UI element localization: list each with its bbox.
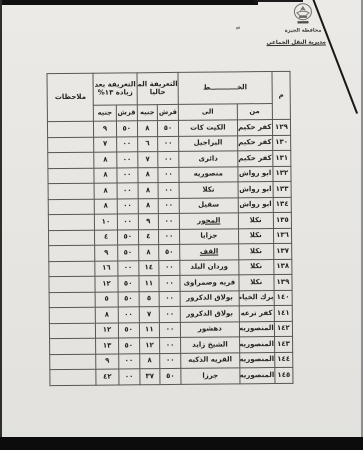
cell-serial: ١٤٢ <box>274 321 292 337</box>
cell-to: دائرى <box>179 151 238 167</box>
cell-serial: ١٣٤ <box>273 197 291 213</box>
cell-serial: ١٤١ <box>274 306 292 322</box>
col-header-to: الى <box>178 104 237 121</box>
cell-notes <box>48 152 95 168</box>
cell-to: نكلا <box>179 182 238 198</box>
cell-from: نكلا <box>238 259 273 275</box>
cell-current-piasters: ٠٠ <box>158 136 179 152</box>
cell-new-pounds: ٧ <box>94 137 116 153</box>
cell-notes <box>48 168 95 184</box>
cell-new-piasters: ٠٠ <box>117 260 138 276</box>
cell-current-pounds: ٨ <box>138 245 158 261</box>
cell-current-piasters: ٠٠ <box>158 198 179 214</box>
cell-current-pounds: ٨ <box>137 121 157 137</box>
cell-new-piasters: ٠٠ <box>118 307 139 323</box>
directorate-caption: مديرية النقل الجماعى <box>265 39 327 46</box>
cell-new-pounds: ٩ <box>94 121 116 137</box>
cell-from: ابو رواش <box>237 166 272 182</box>
cell-from: كفر ترعه <box>239 306 274 322</box>
cell-current-piasters: ٠٠ <box>158 229 179 245</box>
cell-serial: ١٤٠ <box>274 290 292 306</box>
cell-from: برك الخيام <box>239 290 274 306</box>
cell-new-piasters: ٥٠ <box>118 291 139 307</box>
cell-serial: ١٣٠ <box>272 135 290 151</box>
col-header-new-piasters: قرش <box>116 105 137 121</box>
col-header-from: من <box>237 104 272 120</box>
cell-serial: ١٣٣ <box>273 181 291 197</box>
cell-to: منصوريه <box>179 166 238 182</box>
cell-serial: ١٣٩ <box>274 274 292 290</box>
cell-from: كفر حكيم <box>237 151 272 167</box>
cell-serial: ١٣٦ <box>273 228 291 244</box>
cell-notes <box>48 183 95 199</box>
current-tariff-line2: حاليا <box>137 88 177 96</box>
cell-current-piasters: ٠٠ <box>158 214 179 230</box>
cell-from: نكلا <box>238 244 273 260</box>
cell-new-pounds: ٥ <box>96 292 118 308</box>
cell-current-pounds: ٨ <box>138 198 158 214</box>
cell-new-piasters: ٠٠ <box>117 198 138 214</box>
cell-current-pounds: ٧ <box>139 307 159 323</box>
cell-new-pounds: ١٢ <box>95 276 117 292</box>
cell-notes <box>49 307 96 323</box>
cell-notes <box>50 354 97 370</box>
cell-notes <box>47 121 94 137</box>
cell-notes <box>48 199 95 215</box>
page-content: محافظة الجيزة مديرية النقل الجماعى م الخ… <box>0 0 363 450</box>
cell-notes <box>49 276 96 292</box>
col-header-new-pounds: جنيه <box>94 105 116 121</box>
cell-from: نكلا <box>239 275 274 291</box>
cell-new-pounds: ٤٢ <box>96 369 118 385</box>
cell-new-piasters: ٠٠ <box>117 167 138 183</box>
cell-current-pounds: ٩ <box>138 214 158 230</box>
cell-current-pounds: ٥ <box>139 291 159 307</box>
cell-current-piasters: ٠٠ <box>159 322 180 338</box>
cell-current-piasters: ٠٠ <box>159 307 180 323</box>
cell-to: جزايا <box>180 228 239 244</box>
cell-from: المنصوريه <box>239 321 274 337</box>
cell-notes <box>49 292 96 308</box>
cell-current-pounds: ٤ <box>138 229 158 245</box>
cell-new-pounds: ٨ <box>96 307 118 323</box>
col-header-line: الخـــــــــــط <box>178 72 272 105</box>
cell-current-piasters: ٠٠ <box>159 291 180 307</box>
tariff-table: م الخـــــــــــط التعريفة المقرره حاليا… <box>46 71 293 386</box>
cell-new-piasters: ٥٠ <box>118 276 139 292</box>
cell-serial: ١٣٥ <box>273 212 291 228</box>
cell-new-piasters: ٠٠ <box>117 214 138 230</box>
cell-to: وردان البلد <box>180 259 239 275</box>
letterhead: محافظة الجيزة مديرية النقل الجماعى <box>279 2 327 45</box>
cell-current-pounds: ٦ <box>137 136 157 152</box>
cell-serial: ١٢٩ <box>272 119 290 135</box>
scanned-page: محافظة الجيزة مديرية النقل الجماعى م الخ… <box>0 0 363 450</box>
cell-from: ابو رواش <box>238 197 273 213</box>
cell-notes <box>50 369 97 385</box>
cell-current-pounds: ٨ <box>139 353 159 369</box>
cell-new-piasters: ٥٠ <box>118 323 139 339</box>
scan-artifact-top-edge <box>0 0 258 5</box>
cell-new-piasters: ٠٠ <box>116 152 137 168</box>
cell-from: كفر حكيم <box>237 120 272 136</box>
cell-to: قريه وصمراوى <box>180 275 239 291</box>
cell-notes <box>48 214 95 230</box>
cell-from: المنصوريه <box>239 337 274 353</box>
cell-from: ابو رواش <box>238 182 273 198</box>
cell-to: المحور <box>179 213 238 229</box>
scan-artifact-top-edge-thin <box>255 0 303 2</box>
cell-to: بولاق الدكرور <box>180 291 239 307</box>
col-header-current-tariff: التعريفة المقرره حاليا <box>137 72 179 104</box>
cell-to: الكيت كات <box>179 120 238 136</box>
cell-current-piasters: ٠٠ <box>159 338 180 354</box>
cell-current-pounds: ٨ <box>138 167 158 183</box>
cell-to: بولاق الدكرور <box>180 306 239 322</box>
cell-current-pounds: ٨ <box>138 183 158 199</box>
cell-serial: ١٣١ <box>273 150 291 166</box>
cell-new-piasters: ٠٠ <box>118 354 139 370</box>
cell-notes <box>49 245 96 261</box>
cell-notes <box>49 261 96 277</box>
cell-current-pounds: ١٤ <box>139 260 159 276</box>
cell-new-piasters: ٥٠ <box>118 338 139 354</box>
cell-new-pounds: ٩ <box>95 245 117 261</box>
col-header-current-piasters: قرش <box>157 104 178 120</box>
cell-new-piasters: ٥٠ <box>117 245 138 261</box>
cell-current-pounds: ١١ <box>139 322 159 338</box>
cell-current-pounds: ١١ <box>139 276 159 292</box>
cell-new-pounds: ٤ <box>95 230 117 246</box>
cell-notes <box>48 230 95 246</box>
cell-serial: ١٣٨ <box>274 259 292 275</box>
cell-new-pounds: ١٠ <box>95 214 117 230</box>
cell-current-piasters: ٠٠ <box>158 182 179 198</box>
cell-new-piasters: ٥٠ <box>117 229 138 245</box>
cell-serial: ١٤٥ <box>275 368 293 384</box>
cell-new-pounds: ٨ <box>94 152 116 168</box>
cell-to: القريه الذكيه <box>181 353 240 369</box>
cell-current-piasters: ٠٠ <box>158 167 179 183</box>
cell-new-pounds: ٩ <box>96 354 118 370</box>
cell-current-pounds: ٣٧ <box>140 369 160 385</box>
governorate-caption: محافظة الجيزة <box>279 27 327 33</box>
cell-from: كفر حكيم <box>237 135 272 151</box>
cell-new-piasters: ٠٠ <box>116 136 137 152</box>
cell-new-pounds: ١٢ <box>96 323 118 339</box>
cell-current-piasters: ٠٠ <box>160 353 181 369</box>
scan-artifact-left-edge <box>0 0 2 450</box>
col-header-new-tariff: التعريفة بعد زيادة ١٣% <box>93 73 137 105</box>
cell-current-piasters: ٠٠ <box>159 276 180 292</box>
cell-new-piasters: ٥٠ <box>116 121 137 137</box>
cell-from: نكلا <box>238 213 273 229</box>
cell-current-piasters: ٥٠ <box>159 245 180 261</box>
cell-to: البراجيل <box>179 135 238 151</box>
col-header-serial: م <box>272 71 291 119</box>
cell-current-piasters: ٥٠ <box>160 369 181 385</box>
cell-to: الشيخ زايد <box>181 337 240 353</box>
cell-to: جرزا <box>181 368 240 384</box>
new-tariff-line2: زيادة ١٣% <box>94 89 136 97</box>
cell-new-pounds: ١٦ <box>95 261 117 277</box>
cell-serial: ١٣٧ <box>273 243 291 259</box>
cell-new-piasters: ٠٠ <box>118 369 139 385</box>
cell-current-piasters: ٠٠ <box>159 260 180 276</box>
cell-notes <box>48 137 95 153</box>
cell-serial: ١٤٣ <box>274 337 292 353</box>
cell-serial: ١٣٢ <box>273 166 291 182</box>
table-row: ١٤٥ المنصوريه جرزا ٥٠ ٣٧ ٠٠ ٤٢ <box>50 368 293 386</box>
cell-from: نكلا <box>238 228 273 244</box>
cell-from: المنصوريه <box>239 368 274 384</box>
cell-to: القف <box>180 244 239 260</box>
cell-serial: ١٤٤ <box>275 352 293 368</box>
eagle-emblem-icon <box>291 3 315 27</box>
cell-current-piasters: ٥٠ <box>157 120 178 136</box>
cell-new-pounds: ٨ <box>95 199 117 215</box>
table-body: ١٢٩ كفر حكيم الكيت كات ٥٠ ٨ ٥٠ ٩ ١٣٠ كفر… <box>47 119 293 385</box>
col-header-notes: ملاحظات <box>47 73 94 121</box>
cell-new-pounds: ٨ <box>94 168 116 184</box>
cell-to: سقيل <box>179 197 238 213</box>
cell-current-pounds: ١٢ <box>139 338 159 354</box>
col-header-current-pounds: جنيه <box>137 105 157 121</box>
cell-new-pounds: ١٣ <box>96 338 118 354</box>
cell-to: دهشور <box>180 322 239 338</box>
cell-notes <box>50 338 97 354</box>
cell-notes <box>49 323 96 339</box>
scan-artifact-bottom-edge <box>0 437 363 450</box>
cell-current-piasters: ٠٠ <box>158 151 179 167</box>
cell-new-piasters: ٠٠ <box>117 183 138 199</box>
cell-current-pounds: ٧ <box>138 152 158 168</box>
cell-from: المنصوريه <box>239 352 274 368</box>
cell-new-pounds: ٨ <box>94 183 116 199</box>
